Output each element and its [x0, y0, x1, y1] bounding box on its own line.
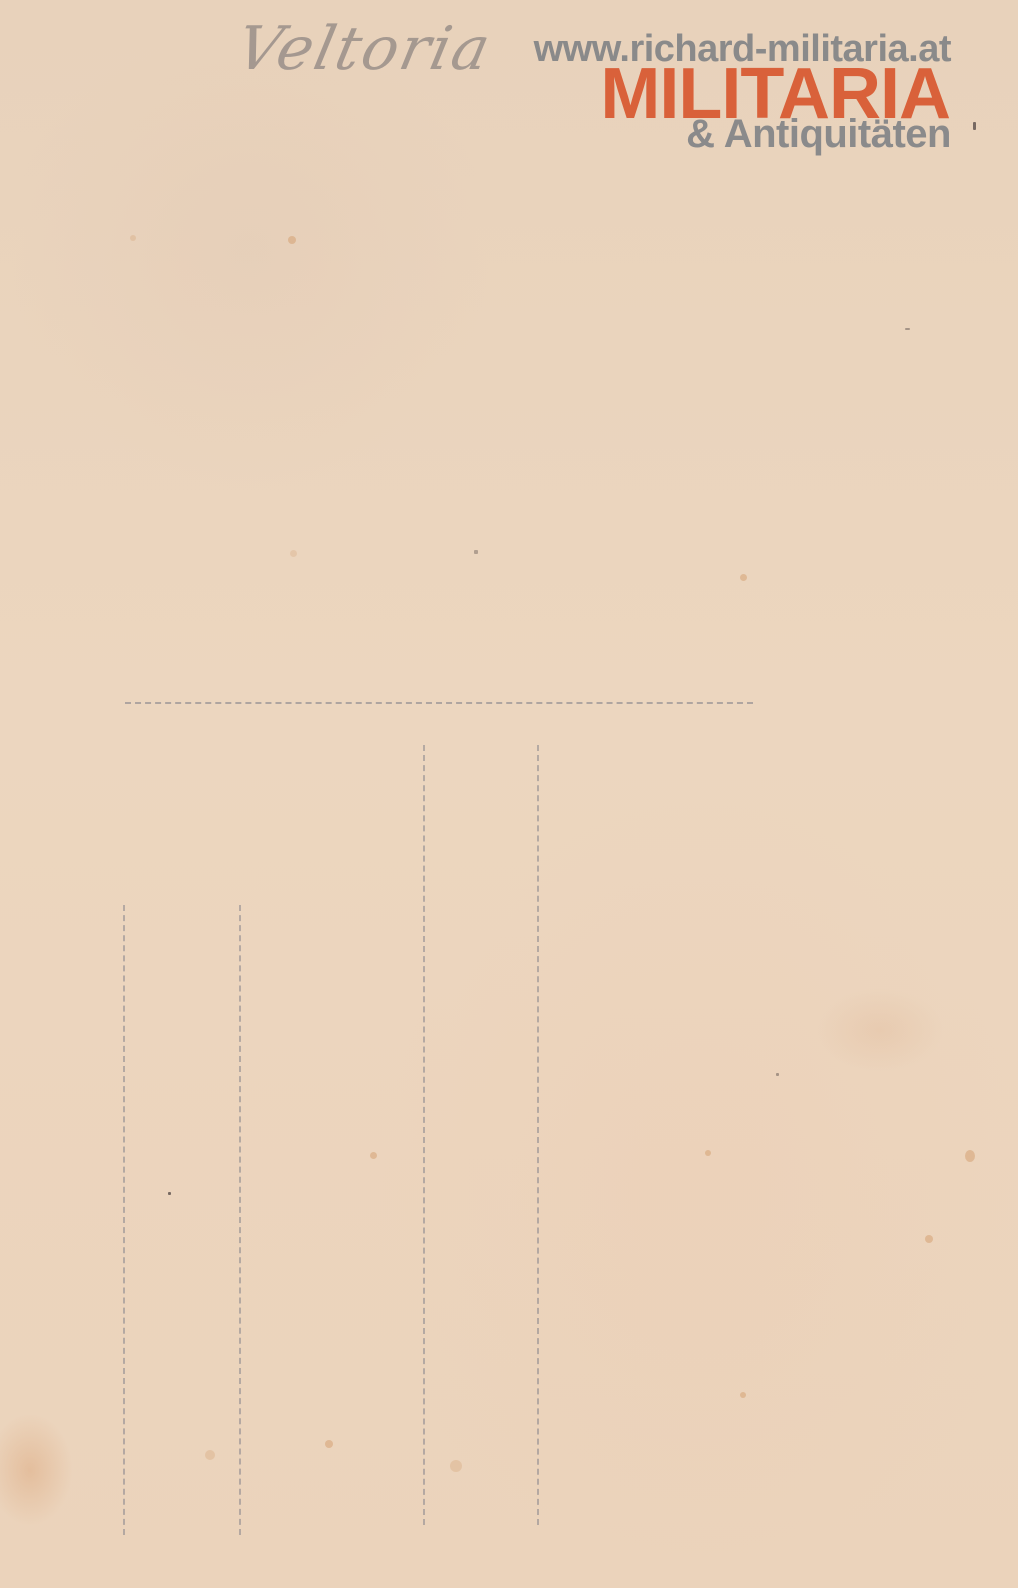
- paper-speck: [905, 328, 910, 330]
- foxing-spot: [740, 574, 747, 581]
- foxing-spot: [290, 550, 297, 557]
- foxing-spot: [130, 235, 136, 241]
- watermark-subtitle: & Antiquitäten: [600, 112, 951, 157]
- foxing-spot: [205, 1450, 215, 1460]
- paper-speck: [776, 1073, 779, 1076]
- address-line: [537, 745, 539, 1525]
- foxing-spot: [965, 1150, 975, 1162]
- address-line: [423, 745, 425, 1525]
- paper-speck: [168, 1192, 171, 1195]
- address-line: [239, 905, 241, 1535]
- foxing-spot: [740, 1392, 746, 1398]
- foxing-spot: [925, 1235, 933, 1243]
- handwritten-note: Veltoria: [231, 14, 498, 84]
- foxing-spot: [370, 1152, 377, 1159]
- foxing-spot: [288, 236, 296, 244]
- foxing-spot: [325, 1440, 333, 1448]
- paper-speck: [973, 122, 976, 130]
- address-line: [123, 905, 125, 1535]
- postcard-paper: [0, 0, 1018, 1588]
- foxing-spot: [705, 1150, 711, 1156]
- message-address-divider: [125, 702, 753, 704]
- paper-speck: [474, 550, 478, 554]
- foxing-spot: [450, 1460, 462, 1472]
